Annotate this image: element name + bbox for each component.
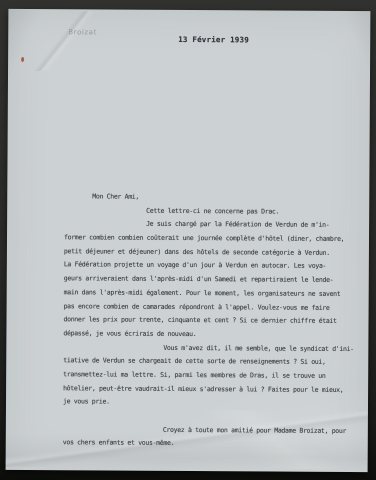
paper-crease-topleft <box>22 11 102 71</box>
letter-line: main dans l'après-midi également. Pour l… <box>64 286 362 302</box>
letter-page: Broizat 13 Février 1939 Mon Cher Ami, Ce… <box>6 9 371 472</box>
letter-line: dépassé, je vous écrirais de nouveau. <box>63 327 361 343</box>
letter-line: transmettez-lui ma lettre. Si, parmi les… <box>63 368 361 384</box>
letter-date: 13 Février 1939 <box>178 35 249 44</box>
letter-line-closing: vos chers enfants et vous-même. <box>63 437 361 453</box>
pencil-annotation: Broizat <box>68 28 97 36</box>
letter-line-salutation: Mon Cher Ami, <box>64 190 362 206</box>
scan-background: Broizat 13 Février 1939 Mon Cher Ami, Ce… <box>0 0 376 480</box>
letter-line: former combien combien coûterait une jou… <box>64 231 362 247</box>
red-mark <box>21 57 24 62</box>
letter-body: Mon Cher Ami, Cette lettre-ci ne concern… <box>63 190 363 452</box>
letter-line: je vous prie. <box>63 396 361 412</box>
